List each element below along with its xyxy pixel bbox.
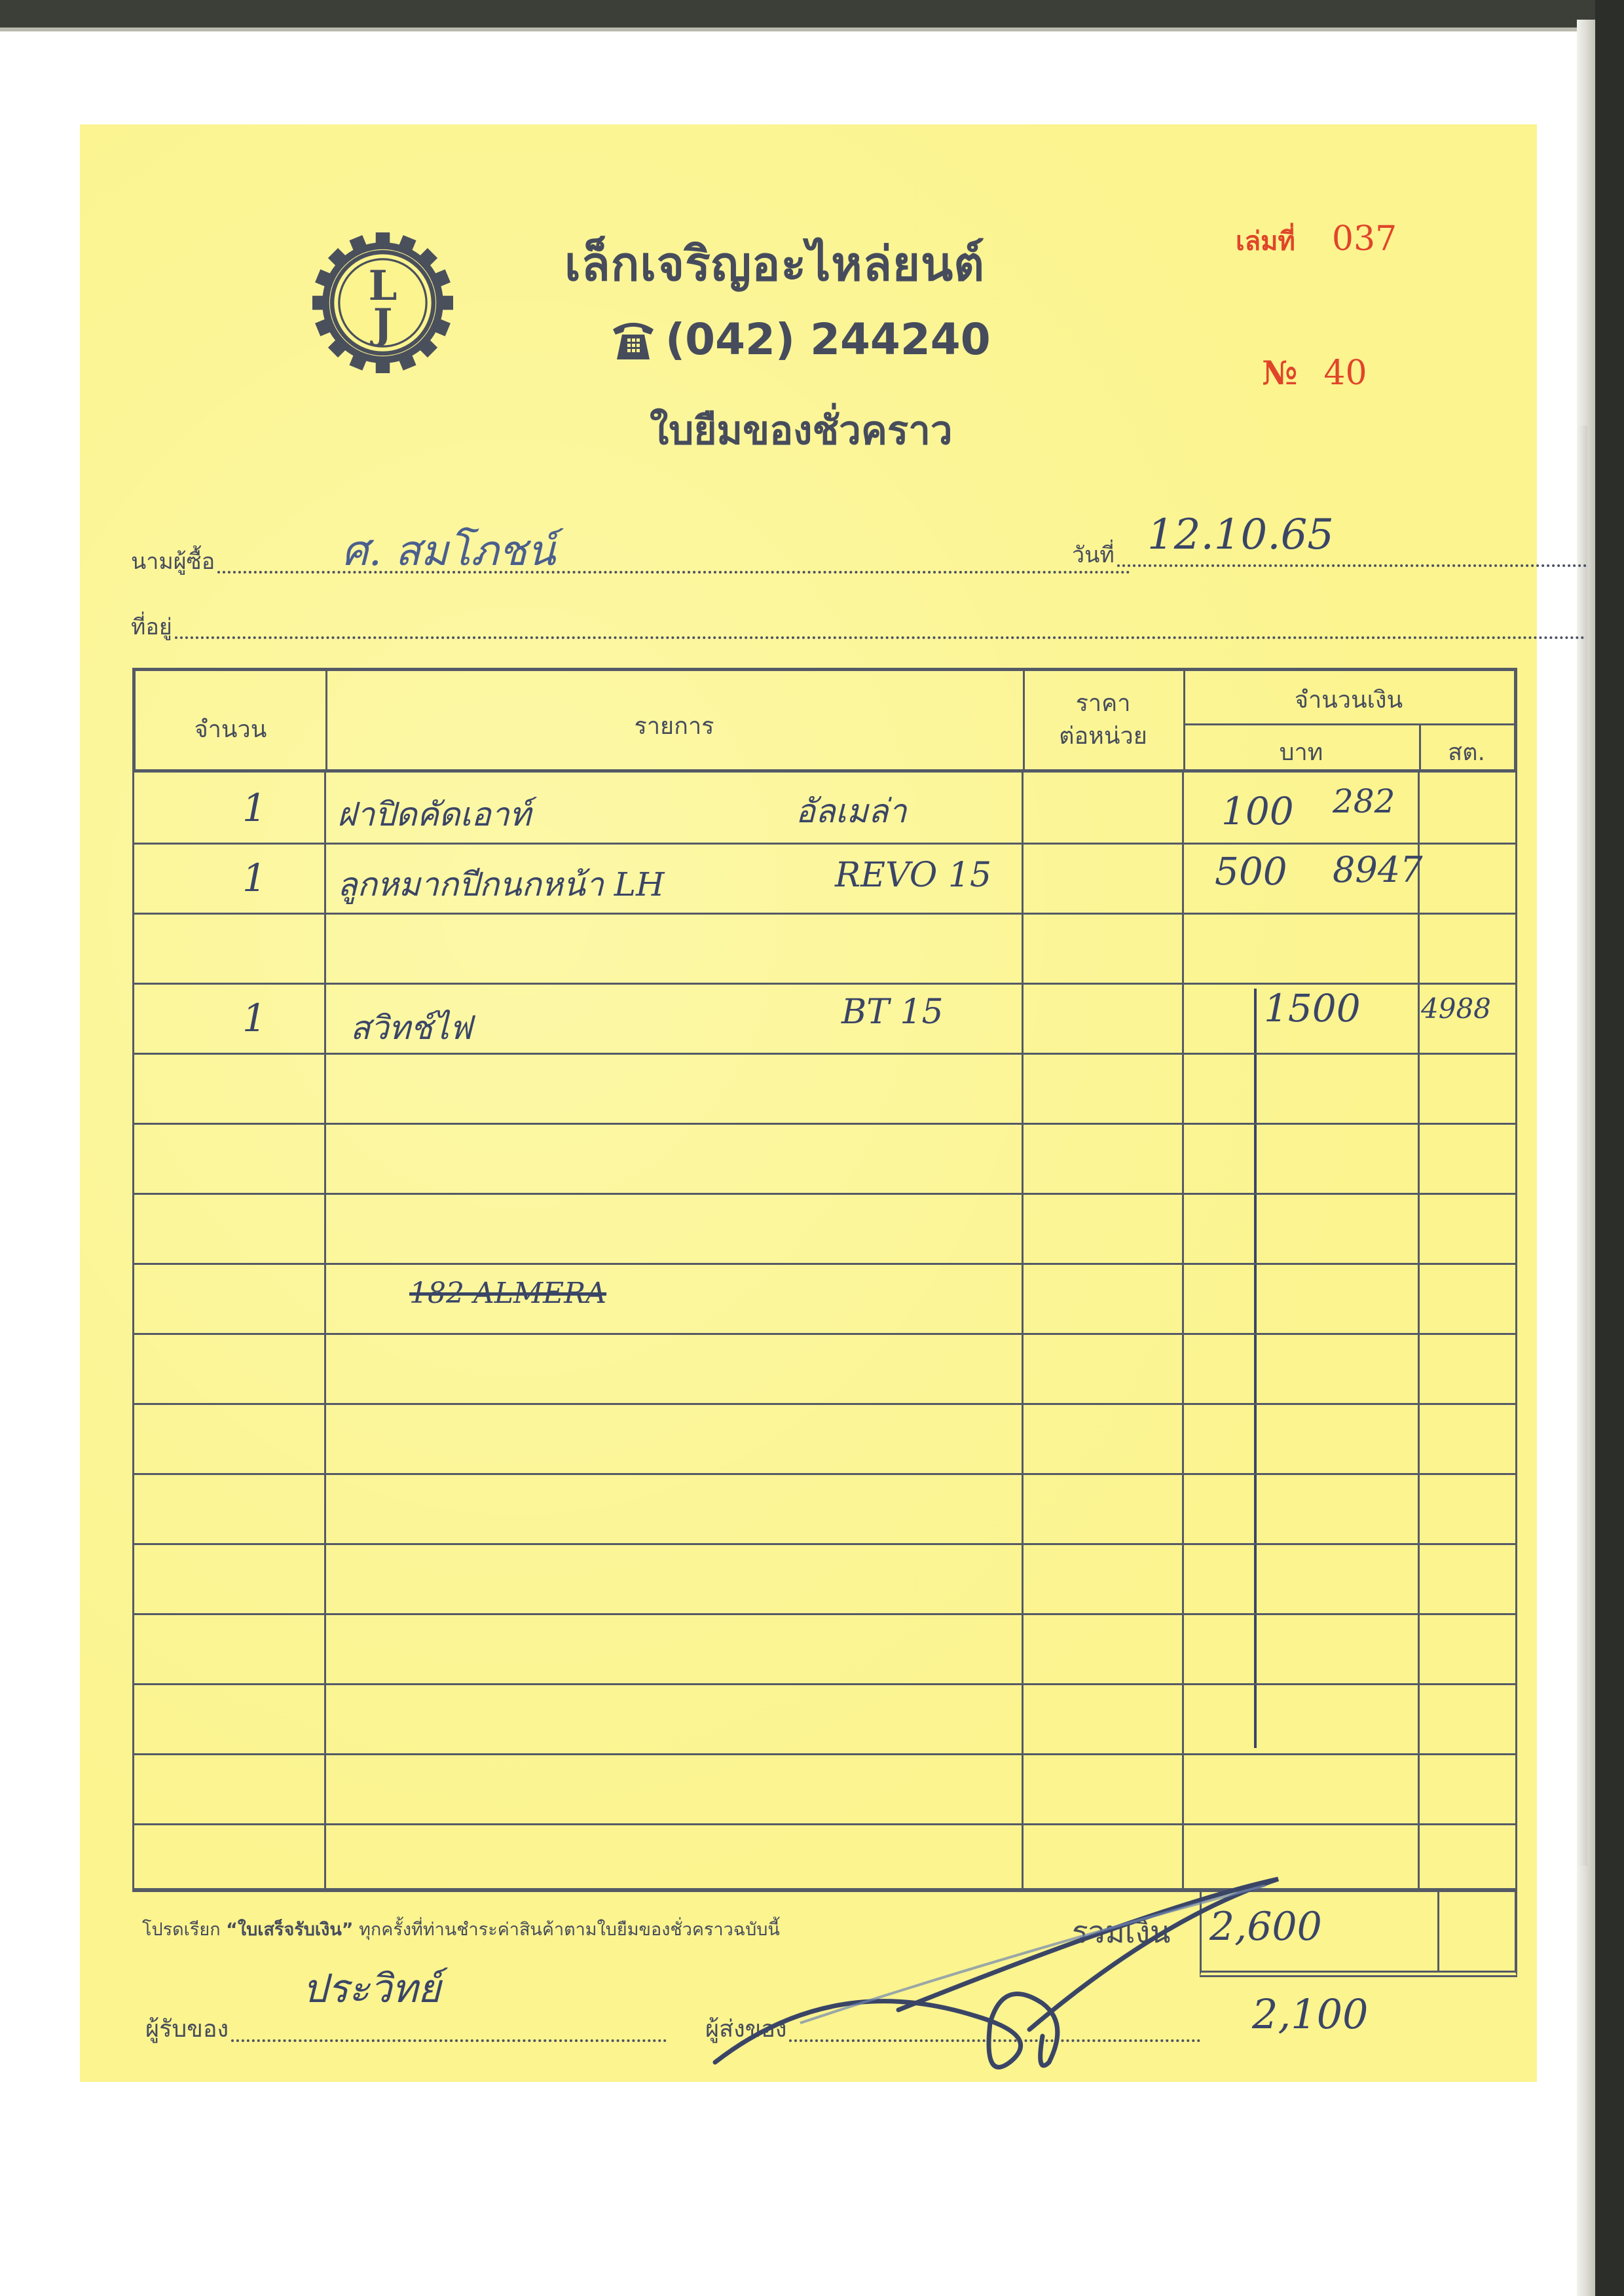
table-body: 1 ฝาปิดคัดเอาท์ อัลเมล่า 100 282 1 ลูกหม…: [132, 773, 1517, 1892]
header-satang: สต.: [1419, 733, 1514, 771]
row1-model: อัลเมล่า: [796, 786, 906, 837]
date-handwritten: 12.10.65: [1147, 511, 1334, 559]
row2-baht: 500: [1215, 849, 1287, 894]
amount-subheader-line: [1183, 723, 1514, 725]
buyer-label: นามผู้ซื้อ: [131, 543, 215, 579]
serial-number-value: 40: [1323, 354, 1367, 393]
total-box-divider: [1437, 1892, 1439, 1971]
lj-gear-logo-icon: L J: [312, 232, 453, 373]
footer-note-prefix: โปรดเรียก: [142, 1920, 221, 1940]
handwritten-vertical-stroke: [1254, 989, 1257, 1748]
row4-description: สวิทช์ไฟ: [350, 1002, 472, 1054]
footer-note-bold: “ใบเสร็จรับเงิน”: [226, 1920, 353, 1940]
table-header: จำนวน รายการ ราคา ต่อหน่วย จำนวนเงิน บาท…: [132, 668, 1517, 773]
row2-quantity: 1: [242, 856, 267, 900]
header-description: รายการ: [325, 707, 1023, 744]
header-baht: บาท: [1183, 733, 1419, 771]
book-number: เล่มที่ 037: [1236, 219, 1397, 262]
row-line: [134, 1333, 1515, 1335]
row4-quantity: 1: [242, 996, 267, 1040]
row1-quantity: 1: [242, 786, 267, 830]
col-divider: [324, 773, 326, 1888]
receiver-label: ผู้รับของ: [145, 2010, 229, 2047]
items-table: จำนวน รายการ ราคา ต่อหน่วย จำนวนเงิน บาท…: [132, 668, 1517, 1892]
address-dotted-line: [175, 636, 1585, 639]
row2-note: 8947: [1333, 849, 1422, 890]
row-line: [134, 913, 1515, 915]
row-line: [134, 1473, 1515, 1475]
row1-note: 282: [1333, 782, 1395, 820]
date-dotted-line: [1117, 564, 1587, 567]
address-label: ที่อยู่: [131, 609, 172, 644]
row-line: [134, 983, 1515, 985]
row-line: [134, 1543, 1515, 1545]
date-label: วันที่: [1072, 537, 1115, 572]
header-quantity: จำนวน: [136, 710, 325, 748]
scanner-right-edge: [1595, 0, 1624, 2296]
buyer-field: นามผู้ซื้อ: [131, 543, 1133, 579]
row-line: [134, 1193, 1515, 1195]
col-divider: [1182, 773, 1184, 1888]
row4-baht: 1500: [1264, 986, 1361, 1030]
row1-baht: 100: [1221, 789, 1294, 833]
address-field: ที่อยู่: [131, 609, 1588, 644]
row-line: [134, 1403, 1515, 1405]
sender-signature-icon: [702, 1866, 1324, 2082]
document-title: ใบยืมของชั่วคราว: [650, 399, 953, 462]
row-line: [134, 1823, 1515, 1825]
header-amount: จำนวนเงิน: [1183, 681, 1514, 718]
row-line: [134, 1053, 1515, 1055]
row-line: [134, 1123, 1515, 1125]
header-unit-price-1: ราคา: [1023, 684, 1183, 721]
book-number-label: เล่มที่: [1236, 220, 1295, 262]
footer-note: โปรดเรียก “ใบเสร็จรับเงิน” ทุกครั้งที่ท่…: [142, 1915, 780, 1943]
row2-description: ลูกหมากปีกนกหน้า LH: [337, 859, 665, 911]
row-line: [134, 843, 1515, 845]
row-line: [134, 1753, 1515, 1755]
row2-model: REVO 15: [835, 856, 991, 895]
header-unit-price-2: ต่อหน่วย: [1023, 717, 1183, 754]
telephone-icon: [610, 318, 656, 362]
phone-line: (042) 244240: [610, 314, 991, 365]
row-line: [134, 1683, 1515, 1685]
row4-note: 4988: [1421, 993, 1491, 1025]
scanner-top-edge: [0, 0, 1624, 31]
shop-name: เล็กเจริญอะไหล่ยนต์: [564, 226, 985, 301]
receiver-signature: ประวิทย์: [303, 1958, 441, 2020]
svg-text:J: J: [370, 299, 393, 348]
receiver-dotted-line: [231, 2039, 667, 2042]
row-line: [134, 1613, 1515, 1615]
buyer-name-handwritten: ศ. สมโภชน์: [342, 517, 555, 584]
serial-number-label: №: [1262, 354, 1297, 392]
row-line: [134, 1263, 1515, 1265]
book-number-value: 037: [1332, 219, 1397, 259]
col-divider: [1418, 773, 1420, 1888]
serial-number: № 40: [1262, 354, 1367, 393]
row4-model: BT 15: [841, 993, 944, 1032]
row1-description: ฝาปิดคัดเอาท์: [337, 789, 531, 841]
col-divider: [1022, 773, 1024, 1888]
receipt-slip: L J เล็กเจริญอะไหล่ยนต์ (042) 244240 ใบย…: [80, 124, 1537, 2082]
struck-note: 182 ALMERA: [409, 1277, 606, 1310]
phone-number: (042) 244240: [665, 314, 991, 365]
